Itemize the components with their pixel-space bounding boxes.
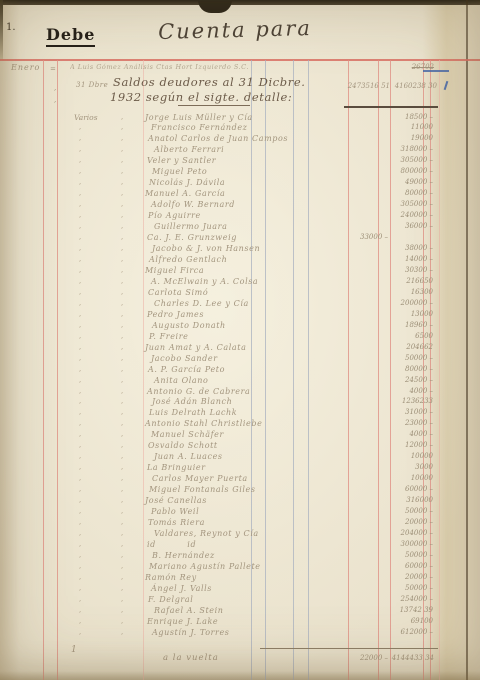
ledger-row: ,,A. P. García Peto80000 – <box>0 364 448 375</box>
debtor-name: Rafael A. Stein <box>154 605 354 616</box>
opening-line-2: 1932 según el sigte. detalle: <box>110 90 292 104</box>
ditto-mark: , <box>79 407 81 418</box>
ledger-row: ,,Juan Amat y A. Calata204662 <box>0 342 448 353</box>
ditto-mark: , <box>121 342 123 353</box>
ditto-mark: , <box>79 177 81 188</box>
amount-col2: 13742 39 <box>388 605 433 616</box>
margin-ditto-comma-1: , <box>54 84 56 92</box>
amount-col2: 80000 – <box>388 364 433 375</box>
amount-col2: 10000 <box>388 473 433 484</box>
ditto-mark: , <box>121 572 123 583</box>
debtor-name: Manuel Schäfer <box>151 429 351 440</box>
amount-col2: 50000 – <box>388 353 433 364</box>
amount-col2: 11000 <box>388 122 433 133</box>
ledger-row: ,,Francisco Fernández11000 <box>0 122 448 133</box>
ditto-mark: , <box>121 451 123 462</box>
debtor-name: Ramón Rey <box>145 572 345 583</box>
ditto-mark: , <box>79 232 81 243</box>
binding-notch <box>198 0 232 13</box>
ditto-mark: , <box>79 528 81 539</box>
ditto-mark: , <box>121 144 123 155</box>
ditto-mark: , <box>79 155 81 166</box>
debtor-name: Miguel Fontanals Giles <box>149 484 349 495</box>
debtor-name: A. McElwain y A. Colsa <box>151 276 351 287</box>
amount-col2: 60000 – <box>388 561 433 572</box>
ditto-mark: , <box>121 550 123 561</box>
footer-total-rule <box>260 648 438 649</box>
ditto-mark: , <box>121 287 123 298</box>
debtor-name: Pío Aguirre <box>148 210 348 221</box>
debtor-name: Guillermo Juara <box>154 221 354 232</box>
amount-col2: 50000 – <box>388 550 433 561</box>
ditto-mark: , <box>121 605 123 616</box>
amount-col2: 6500 <box>388 331 433 342</box>
ledger-row: ,,B. Hernández50000 – <box>0 550 448 561</box>
debtor-name: Francisco Fernández <box>151 122 351 133</box>
ledger-row: ,,Guillermo Juara36000 – <box>0 221 448 232</box>
amount-col2: 12000 – <box>388 440 433 451</box>
ledger-row: ,,Pedro James13000 <box>0 309 448 320</box>
ledger-row: ,,Osvaldo Schott12000 – <box>0 440 448 451</box>
footer-margin-mark: 1 <box>71 645 77 655</box>
amount-col2: 305000 – <box>388 155 433 166</box>
amount-col2: 318000 – <box>388 144 433 155</box>
ditto-mark: , <box>121 221 123 232</box>
ditto-mark: , <box>79 287 81 298</box>
ditto-mark: , <box>79 298 81 309</box>
debtor-name: Jorge Luis Müller y Cía <box>145 112 345 123</box>
ledger-row: ,,Miguel Fontanals Giles60000 – <box>0 484 448 495</box>
opening-total-col1: 2473516 51 <box>340 82 390 90</box>
group-label: Varios <box>74 112 98 123</box>
ditto-mark: , <box>121 539 123 550</box>
ditto-mark: , <box>79 484 81 495</box>
debtor-name: P. Freire <box>149 331 349 342</box>
ledger-row: ,,F. Delgral254000 – <box>0 594 448 605</box>
ledger-row: ,,Anatol Carlos de Juan Campos19000 <box>0 133 448 144</box>
amount-col2: 316000 <box>388 495 433 506</box>
amount-col2: 305000 – <box>388 199 433 210</box>
ledger-row: ,,Pío Aguirre240000 – <box>0 210 448 221</box>
debtor-name: José Canellas <box>145 495 345 506</box>
amount-col2: 20000 – <box>388 572 433 583</box>
debtor-name: Ca. J. E. Grunzweig <box>147 232 347 243</box>
ditto-mark: , <box>79 243 81 254</box>
amount-col2: 18500 – <box>388 112 433 123</box>
ditto-mark: , <box>121 122 123 133</box>
ledger-row: ,,P. Freire6500 <box>0 331 448 342</box>
amount-col2: 240000 – <box>388 210 433 221</box>
ditto-mark: , <box>121 386 123 397</box>
ledger-row: ,,Adolfo W. Bernard305000 – <box>0 199 448 210</box>
ditto-mark: , <box>121 462 123 473</box>
debtor-name: F. Delgral <box>148 594 348 605</box>
debtor-name: Augusto Donath <box>152 320 352 331</box>
debtor-name: Valdares, Reynot y Cía <box>154 528 354 539</box>
ledger-row: ,,id id300000 – <box>0 539 448 550</box>
ditto-mark: , <box>121 254 123 265</box>
debtor-name: Pedro James <box>147 309 347 320</box>
debtor-name: Mariano Agustín Pallete <box>149 561 349 572</box>
ditto-mark: , <box>121 353 123 364</box>
amount-col2: 204662 <box>388 342 433 353</box>
opening-total-underline <box>344 106 438 108</box>
ledger-row: ,,Mariano Agustín Pallete60000 – <box>0 561 448 572</box>
amount-col2: 204000 – <box>388 528 433 539</box>
amount-col2: 254000 – <box>388 594 433 605</box>
debtor-name: La Bringuier <box>147 462 347 473</box>
debtor-name: Nicolás J. Dávila <box>149 177 349 188</box>
ditto-mark: , <box>121 177 123 188</box>
ditto-mark: , <box>79 594 81 605</box>
debtor-name: Juan Amat y A. Calata <box>145 342 345 353</box>
debtor-name: Veler y Santler <box>147 155 347 166</box>
ledger-row: ,,Tomás Riera20000 – <box>0 517 448 528</box>
debtor-name: Carlota Simó <box>148 287 348 298</box>
ditto-mark: , <box>79 517 81 528</box>
ditto-mark: , <box>79 440 81 451</box>
margin-month-label: Enero <box>11 63 40 72</box>
ditto-mark: , <box>79 462 81 473</box>
ledger-row: ,,Luis Delrath Lachk31000 – <box>0 407 448 418</box>
ditto-mark: , <box>121 561 123 572</box>
ditto-mark: , <box>121 199 123 210</box>
amount-col2: 13000 <box>388 309 433 320</box>
ditto-mark: , <box>79 429 81 440</box>
ledger-row: ,,Pablo Weil50000 – <box>0 506 448 517</box>
margin-ditto-comma-2: , <box>54 96 56 104</box>
ledger-row: ,,Ramón Rey20000 – <box>0 572 448 583</box>
opening-underline <box>178 105 250 106</box>
header-rule <box>0 59 480 61</box>
ditto-mark: , <box>121 188 123 199</box>
ditto-mark: , <box>121 506 123 517</box>
ditto-mark: , <box>79 506 81 517</box>
amount-col2: 1236233 <box>388 396 433 407</box>
debtor-name: Miguel Peto <box>152 166 352 177</box>
ditto-mark: , <box>121 155 123 166</box>
ditto-mark: , <box>79 144 81 155</box>
amount-col2: 31000 – <box>388 407 433 418</box>
ditto-mark: , <box>121 594 123 605</box>
amount-col2: 49000 – <box>388 177 433 188</box>
ditto-mark: , <box>121 375 123 386</box>
ditto-mark: , <box>79 616 81 627</box>
photo-left-edge <box>0 0 3 60</box>
ditto-mark: , <box>79 583 81 594</box>
ditto-mark: , <box>121 495 123 506</box>
amount-col2: 18960 – <box>388 320 433 331</box>
ditto-mark: , <box>79 451 81 462</box>
ledger-row: ,,Jacobo Sander50000 – <box>0 353 448 364</box>
ditto-mark: , <box>121 276 123 287</box>
ledger-row: ,,Jacobo & J. von Hansen38000 – <box>0 243 448 254</box>
ledger-row: ,,Carlos Mayer Puerta10000 <box>0 473 448 484</box>
debtor-name: Carlos Mayer Puerta <box>152 473 352 484</box>
ledger-row: ,,Alberto Ferrari318000 – <box>0 144 448 155</box>
debtor-name: id id <box>147 539 347 550</box>
amount-col2: 300000 – <box>388 539 433 550</box>
amount-col2: 4000 – <box>388 429 433 440</box>
amount-col2: 38000 – <box>388 243 433 254</box>
ditto-mark: , <box>79 320 81 331</box>
amount-col2: 800000 – <box>388 166 433 177</box>
amount-col2: 36000 – <box>388 221 433 232</box>
debtor-name: Enrique J. Lake <box>147 616 347 627</box>
amount-col2: 4000 – <box>388 386 433 397</box>
ditto-mark: , <box>79 309 81 320</box>
ledger-row: ,,Nicolás J. Dávila49000 – <box>0 177 448 188</box>
debtor-name: Alberto Ferrari <box>154 144 354 155</box>
ditto-mark: , <box>121 320 123 331</box>
debtor-name: Ángel J. Valls <box>151 583 351 594</box>
ditto-mark: , <box>121 210 123 221</box>
footer-total-col1: 22000 – <box>340 654 388 662</box>
ledger-row: ,,Alfredo Gentlach14000 – <box>0 254 448 265</box>
debtor-name: Juan A. Luaces <box>154 451 354 462</box>
amount-col2: 10000 <box>388 451 433 462</box>
debit-side-label: Debe <box>46 25 95 47</box>
ditto-mark: , <box>121 243 123 254</box>
ditto-mark: , <box>121 298 123 309</box>
debtor-name: Adolfo W. Bernard <box>151 199 351 210</box>
ditto-mark: , <box>79 188 81 199</box>
ledger-row: ,,Manuel A. García80000 – <box>0 188 448 199</box>
debtor-name: Manuel A. García <box>145 188 345 199</box>
ditto-mark: , <box>79 353 81 364</box>
ledger-row: ,,José Canellas316000 <box>0 495 448 506</box>
debtor-name: Osvaldo Schott <box>148 440 348 451</box>
ledger-row: ,,Ca. J. E. Grunzweig33000 – <box>0 232 448 243</box>
ledger-row: ,,Rafael A. Stein13742 39 <box>0 605 448 616</box>
amount-col2: 60000 – <box>388 484 433 495</box>
ledger-row: ,,Antonio Stahl Christliebe23000 – <box>0 418 448 429</box>
ledger-row: ,,Ángel J. Valls50000 – <box>0 583 448 594</box>
ledger-row: ,,Carlota Simó16300 <box>0 287 448 298</box>
amount-col2: 24500 – <box>388 375 433 386</box>
amount-col2: 216650 <box>388 276 433 287</box>
debtor-name: Tomás Riera <box>148 517 348 528</box>
amount-col2: 16300 <box>388 287 433 298</box>
amount-col2: 3000 <box>388 462 433 473</box>
ditto-mark: , <box>121 112 123 123</box>
ditto-mark: , <box>121 627 123 638</box>
ditto-mark: , <box>79 364 81 375</box>
ditto-mark: , <box>79 133 81 144</box>
ditto-mark: , <box>79 539 81 550</box>
page-number: 1. <box>6 22 16 33</box>
margin-ditto-eq: = <box>50 65 56 73</box>
debtor-name: Anatol Carlos de Juan Campos <box>148 133 348 144</box>
debtor-name: Miguel Firca <box>145 265 345 276</box>
ditto-mark: , <box>121 616 123 627</box>
ditto-mark: , <box>79 254 81 265</box>
footer-total-col2: 4144433 34 <box>388 654 434 662</box>
ditto-mark: , <box>79 265 81 276</box>
ditto-mark: , <box>79 342 81 353</box>
ditto-mark: , <box>79 396 81 407</box>
ledger-row: ,,Manuel Schäfer4000 – <box>0 429 448 440</box>
ditto-mark: , <box>79 276 81 287</box>
ditto-mark: , <box>121 309 123 320</box>
ditto-mark: , <box>121 440 123 451</box>
ledger-row: ,,Valdares, Reynot y Cía204000 – <box>0 528 448 539</box>
amount-col2: 20000 – <box>388 517 433 528</box>
binding-crease <box>466 0 468 680</box>
ledger-row: ,,José Adán Blanch1236233 <box>0 396 448 407</box>
debtor-name: Anita Olano <box>154 375 354 386</box>
debtor-name: Charles D. Lee y Cía <box>154 298 354 309</box>
ditto-mark: , <box>121 517 123 528</box>
ledger-row: ,,Miguel Peto800000 – <box>0 166 448 177</box>
debtor-name: Alfredo Gentlach <box>149 254 349 265</box>
debtor-name: B. Hernández <box>152 550 352 561</box>
opening-total-col2: 4160238 30 <box>392 82 437 90</box>
ditto-mark: , <box>79 331 81 342</box>
debtor-name: A. P. García Peto <box>148 364 348 375</box>
debtor-name: Luis Delrath Lachk <box>149 407 349 418</box>
ditto-mark: , <box>79 605 81 616</box>
ditto-mark: , <box>121 484 123 495</box>
ledger-row: ,,A. McElwain y A. Colsa216650 <box>0 276 448 287</box>
ditto-mark: , <box>79 386 81 397</box>
ditto-mark: , <box>79 473 81 484</box>
ditto-mark: , <box>121 429 123 440</box>
debtor-name: Pablo Weil <box>151 506 351 517</box>
amount-col2: 50000 – <box>388 583 433 594</box>
page-right-binding-edge <box>445 0 480 680</box>
ditto-mark: , <box>79 221 81 232</box>
amount-col2: 50000 – <box>388 506 433 517</box>
blue-pencil-line <box>423 70 449 72</box>
amount-col1: 33000 – <box>340 232 388 243</box>
amount-col2: 80000 – <box>388 188 433 199</box>
debtor-name: Jacobo Sander <box>151 353 351 364</box>
opening-line-1: Saldos deudores al 31 Dicbre. <box>113 75 306 89</box>
ledger-row: ,,Charles D. Lee y Cía200000 – <box>0 298 448 309</box>
debtor-name: José Adán Blanch <box>152 396 352 407</box>
date-note: 31 Dbre <box>76 81 108 89</box>
ditto-mark: , <box>121 528 123 539</box>
amount-col2: 14000 – <box>388 254 433 265</box>
ditto-mark: , <box>79 418 81 429</box>
ditto-mark: , <box>121 133 123 144</box>
amount-col2: 23000 – <box>388 418 433 429</box>
ledger-row: ,,Jorge Luis Müller y Cía18500 –Varios <box>0 112 448 123</box>
ditto-mark: , <box>121 232 123 243</box>
photo-top-edge <box>0 0 480 5</box>
ledger-page: 1. Debe Cuenta para Enero = A Luis Gómez… <box>0 0 480 680</box>
ditto-mark: , <box>121 166 123 177</box>
ledger-row: ,,Enrique J. Lake69100 <box>0 616 448 627</box>
ledger-row: ,,Juan A. Luaces10000 <box>0 451 448 462</box>
ditto-mark: , <box>79 375 81 386</box>
pencil-margin-note: A Luis Gómez Análisis Ctas Hort Izquierd… <box>70 63 300 71</box>
carry-forward-label: a la vuelta <box>163 653 219 663</box>
ditto-mark: , <box>121 407 123 418</box>
ditto-mark: , <box>121 364 123 375</box>
ditto-mark: , <box>79 561 81 572</box>
page-bottom-shadow <box>0 671 480 680</box>
debtor-name: Jacobo & J. von Hansen <box>152 243 352 254</box>
ditto-mark: , <box>121 331 123 342</box>
amount-col2: 612000 – <box>388 627 433 638</box>
ditto-mark: , <box>79 166 81 177</box>
account-title: Cuenta para <box>140 16 331 45</box>
ditto-mark: , <box>79 627 81 638</box>
debtor-name: Antonio Stahl Christliebe <box>145 418 345 429</box>
ditto-mark: , <box>79 199 81 210</box>
ditto-mark: , <box>121 418 123 429</box>
ditto-mark: , <box>79 122 81 133</box>
debtor-name: Antonio G. de Cabrera <box>147 386 347 397</box>
ledger-row: ,,La Bringuier3000 <box>0 462 448 473</box>
ditto-mark: , <box>121 265 123 276</box>
ditto-mark: , <box>79 210 81 221</box>
ditto-mark: , <box>121 583 123 594</box>
ledger-row: ,,Agustín J. Torres612000 – <box>0 627 448 638</box>
ledger-row: ,,Augusto Donath18960 – <box>0 320 448 331</box>
ledger-row: ,,Miguel Firca30300 – <box>0 265 448 276</box>
ditto-mark: , <box>79 572 81 583</box>
amount-col2: 19000 <box>388 133 433 144</box>
amount-col2: 30300 – <box>388 265 433 276</box>
amount-col2: 69100 <box>388 616 433 627</box>
ledger-row: ,,Veler y Santler305000 – <box>0 155 448 166</box>
ditto-mark: , <box>121 396 123 407</box>
ditto-mark: , <box>79 550 81 561</box>
debtor-name: Agustín J. Torres <box>152 627 352 638</box>
amount-col2: 200000 – <box>388 298 433 309</box>
ledger-row: ,,Anita Olano24500 – <box>0 375 448 386</box>
ledger-row: ,,Antonio G. de Cabrera4000 – <box>0 386 448 397</box>
ditto-mark: , <box>79 495 81 506</box>
ditto-mark: , <box>121 473 123 484</box>
